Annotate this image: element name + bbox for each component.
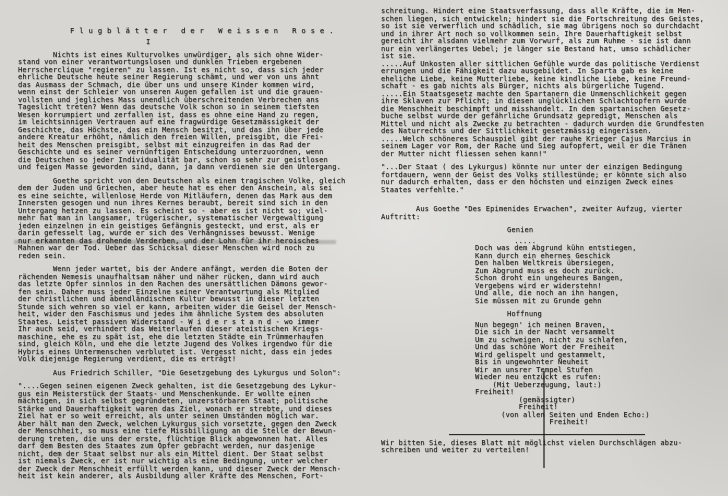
lykurgus-state-quote: "...Der Staat ( des Lykurgus) könnte nur… <box>381 164 725 194</box>
schiller-source-heading: Aus Friedrich Schiller, "Die Gesetzgebun… <box>18 370 366 378</box>
section-number: I <box>146 39 366 47</box>
schiller-quote-part-2: schreitung. Hindert eine Staatsverfassun… <box>381 8 725 158</box>
paragraph-goethe-tragic-people: Goethe spricht von den Deutschen als ein… <box>18 178 366 261</box>
paragraph-intro: Nichts ist eines Kulturvolkes unwürdiger… <box>18 52 366 172</box>
distribution-appeal: Wir bitten Sie, dieses Blatt mit möglich… <box>381 440 725 455</box>
genien-verse: ..... Doch was dem Abgrund kühn entstieg… <box>475 238 725 306</box>
document-title: F l u g b l ä t t e r d e r W e i s s e … <box>70 27 366 35</box>
separator-line <box>449 434 645 435</box>
leaflet-scan-page: F l u g b l ä t t e r d e r W e i s s e … <box>0 0 728 496</box>
paragraph-call-to-resistance: Wenn jeder wartet, bis der Andere anfäng… <box>18 266 366 364</box>
hoffnung-heading: Hoffnung <box>507 311 725 319</box>
schiller-quote-part-1: "....Gegen seinen eigenen Zweck gehalten… <box>18 383 366 481</box>
left-column: F l u g b l ä t t e r d e r W e i s s e … <box>18 27 366 481</box>
right-column: schreitung. Hindert eine Staatsverfassun… <box>381 8 725 455</box>
goethe-source-heading: Aus Goethe "Des Epimenides Erwachen", zw… <box>381 206 725 221</box>
hoffnung-verse: Nun begegn' ich meinen Braven, Die sich … <box>475 322 725 427</box>
genien-heading: Genien <box>507 227 725 235</box>
